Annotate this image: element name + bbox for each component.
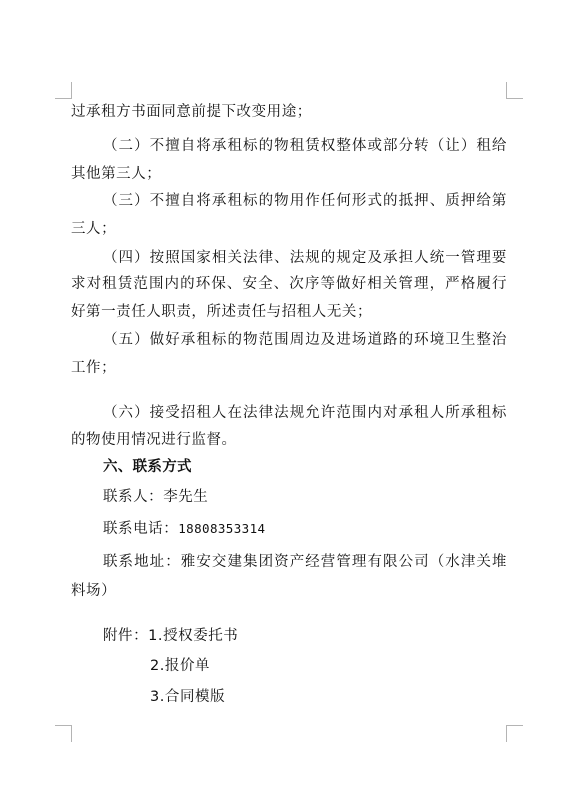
contact-address-line-2: 料场） [71,582,507,600]
margin-corner-mark-bottom-right [506,725,523,742]
attachment-item-label: 1.授权委托书 [148,628,238,644]
attachment-item-1: 附件：1.授权委托书 [103,627,507,645]
attachments-label: 附件： [103,628,148,644]
clause-4-line-1: （四）按照国家相关法律、法规的规定及承担人统一管理要 [103,249,507,267]
clause-2-line-1: （二）不擅自将承租标的物租赁权整体或部分转（让）租给 [103,137,507,155]
contact-phone: 联系电话：18808353314 [103,520,507,538]
contact-phone-value: 18808353314 [178,521,265,536]
contact-person: 联系人：李先生 [103,488,507,506]
clause-4-line-2: 求对租赁范围内的环保、安全、次序等做好相关管理，严格履行 [71,275,507,293]
attachment-item-2: 2.报价单 [150,657,571,675]
clause-2-line-2: 其他第三人； [71,165,507,183]
clause-3-line-2: 三人； [71,220,507,238]
contact-person-label: 联系人： [103,489,163,505]
contact-address-line-1: 联系地址：雅安交建集团资产经营管理有限公司（水津关堆 [103,553,507,571]
section-heading-contact: 六、联系方式 [103,458,507,476]
clause-5-line-1: （五）做好承租标的物范围周边及进场道路的环境卫生整治 [103,331,507,349]
margin-corner-mark-top-right [506,82,523,99]
clause-4-line-3: 好第一责任人职责，所述责任与招租人无关； [71,303,507,321]
contact-phone-label: 联系电话： [103,521,178,537]
contact-person-value: 李先生 [163,489,208,505]
margin-corner-mark-top-left [55,82,72,99]
clause-5-line-2: 工作； [71,359,507,377]
document-page: 过承租方书面同意前提下改变用途； （二）不擅自将承租标的物租赁权整体或部分转（让… [0,0,571,790]
margin-corner-mark-bottom-left [55,725,72,742]
clause-6-line-1: （六）接受招租人在法律法规允许范围内对承租人所承租标 [103,404,507,422]
body-text-line: 过承租方书面同意前提下改变用途； [71,103,507,121]
clause-6-line-2: 的物使用情况进行监督。 [71,431,507,449]
clause-3-line-1: （三）不擅自将承租标的物用作任何形式的抵押、质押给第 [103,192,507,210]
attachment-item-3: 3.合同模版 [150,688,571,706]
